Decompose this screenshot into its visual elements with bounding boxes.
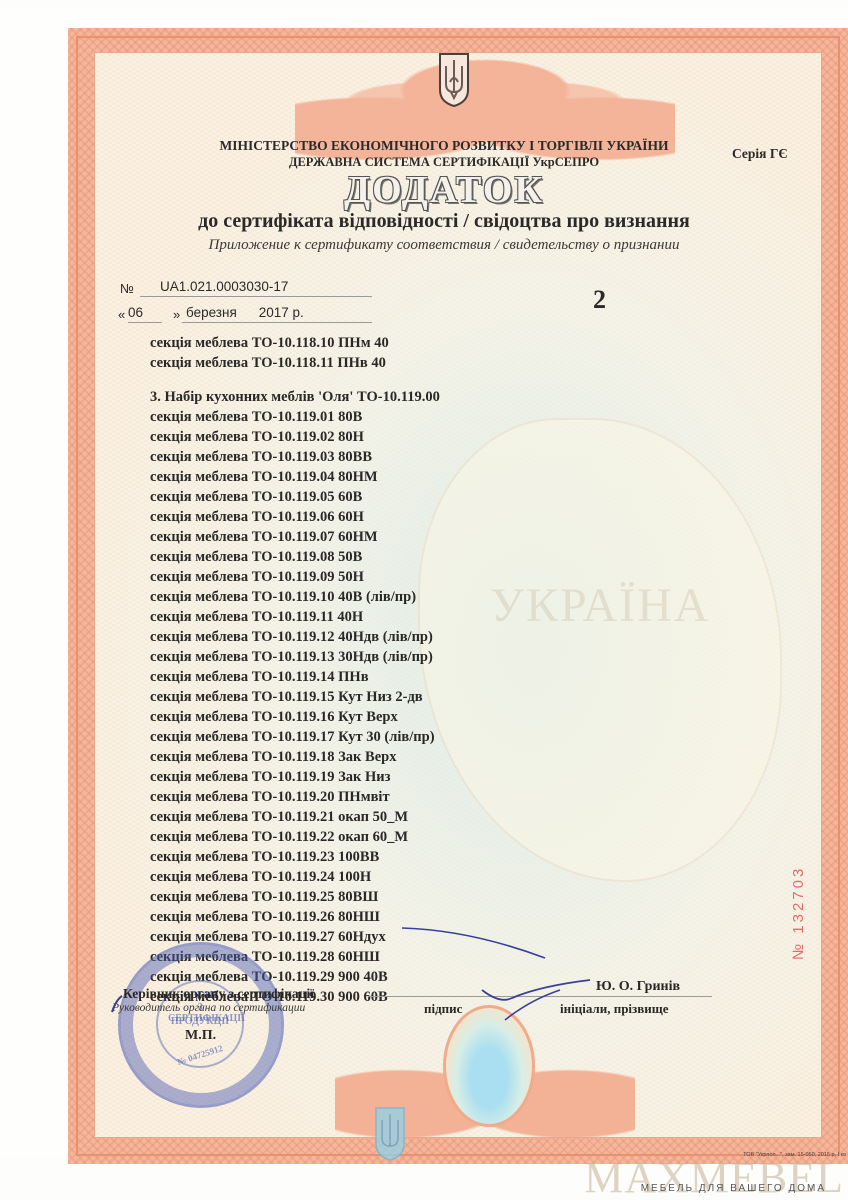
stamp-text: ПРОДУКЦІЇ <box>168 1016 232 1027</box>
list-item: секція меблева ТО-10.119.22 окап 60_М <box>150 827 440 847</box>
page-number: 2 <box>593 285 606 315</box>
list-item: секція меблева ТО-10.119.20 ПНмвіт <box>150 787 440 807</box>
date-month-year: березня2017 р. <box>182 305 372 323</box>
serial-number: № 132703 <box>790 866 807 960</box>
date-year: 2017 р. <box>259 305 304 320</box>
list-item: секція меблева ТО-10.118.10 ПНм 40 <box>150 333 440 353</box>
list-item: секція меблева ТО-10.119.13 30Ндв (лів/п… <box>150 647 440 667</box>
list-item: секція меблева ТО-10.119.08 50В <box>150 547 440 567</box>
certificate-number: UA1.021.0003030-17 <box>140 279 372 297</box>
list-item: секція меблева ТО-10.119.21 окап 50_М <box>150 807 440 827</box>
list-item: секція меблева ТО-10.119.12 40Ндв (лів/п… <box>150 627 440 647</box>
list-item: секція меблева ТО-10.119.15 Кут Низ 2-дв <box>150 687 440 707</box>
head-of-body-label: Керівник органу з сертифікації <box>123 986 314 1002</box>
list-item: секція меблева ТО-10.119.14 ПНв <box>150 667 440 687</box>
watermark-text: УКРАЇНА <box>490 578 711 633</box>
series-label: Серія ГЄ <box>732 146 788 162</box>
hologram-oval <box>443 1005 535 1127</box>
list-item: секція меблева ТО-10.119.26 80НШ <box>150 907 440 927</box>
trident-emblem-icon <box>438 52 470 108</box>
list-item: секція меблева ТО-10.118.11 ПНв 40 <box>150 353 440 373</box>
list-item: секція меблева ТО-10.119.09 50Н <box>150 567 440 587</box>
list-item: секція меблева ТО-10.119.11 40Н <box>150 607 440 627</box>
head-of-body-label-ru: Руководитель органа по сертификации <box>112 1002 305 1014</box>
ministry-header: МІНІСТЕРСТВО ЕКОНОМІЧНОГО РОЗВИТКУ І ТОР… <box>0 138 848 170</box>
list-spacer <box>150 373 440 387</box>
signatory-name: Ю. О. Гринів <box>596 979 680 995</box>
list-item: секція меблева ТО-10.119.01 80В <box>150 407 440 427</box>
date-open-quote: « <box>118 307 125 322</box>
list-item: секція меблева ТО-10.119.17 Кут 30 (лів/… <box>150 727 440 747</box>
list-item: секція меблева ТО-10.119.24 100Н <box>150 867 440 887</box>
list-heading: 3. Набір кухонних меблів 'Оля' ТО-10.119… <box>150 387 440 407</box>
ministry-name: МІНІСТЕРСТВО ЕКОНОМІЧНОГО РОЗВИТКУ І ТОР… <box>40 138 848 154</box>
list-item: секція меблева ТО-10.119.06 60Н <box>150 507 440 527</box>
product-list: секція меблева ТО-10.118.10 ПНм 40секція… <box>150 333 440 1007</box>
date-close-quote: » <box>173 307 180 322</box>
signature-caption: підпис <box>424 1001 462 1017</box>
list-item: секція меблева ТО-10.119.19 Зак Низ <box>150 767 440 787</box>
brand-tagline: МЕБЕЛЬ ДЛЯ ВАШЕГО ДОМА <box>641 1183 826 1194</box>
list-item: секція меблева ТО-10.119.18 Зак Верх <box>150 747 440 767</box>
list-item: секція меблева ТО-10.119.25 80ВШ <box>150 887 440 907</box>
document-subtitle: до сертифіката відповідності / свідоцтва… <box>0 210 848 233</box>
initials-caption: ініціали, прізвище <box>560 1001 669 1017</box>
list-item: секція меблева ТО-10.119.05 60В <box>150 487 440 507</box>
seal-place-label: М.П. <box>185 1028 216 1044</box>
document-title: ДОДАТОК <box>0 168 848 212</box>
document-subtitle-ru: Приложение к сертификату соответствия / … <box>0 237 848 254</box>
list-item: секція меблева ТО-10.119.02 80Н <box>150 427 440 447</box>
list-item: секція меблева ТО-10.119.07 60НМ <box>150 527 440 547</box>
hologram-trident-icon <box>372 1106 408 1162</box>
number-label: № <box>120 281 134 296</box>
list-item: секція меблева ТО-10.119.04 80НМ <box>150 467 440 487</box>
list-item: секція меблева ТО-10.119.10 40В (лів/пр) <box>150 587 440 607</box>
list-item: секція меблева ТО-10.119.03 80ВВ <box>150 447 440 467</box>
date-day: 06 <box>128 305 162 323</box>
list-item: секція меблева ТО-10.119.16 Кут Верх <box>150 707 440 727</box>
date-month: березня <box>186 305 237 320</box>
list-item: секція меблева ТО-10.119.23 100ВВ <box>150 847 440 867</box>
signature-line <box>368 996 712 997</box>
